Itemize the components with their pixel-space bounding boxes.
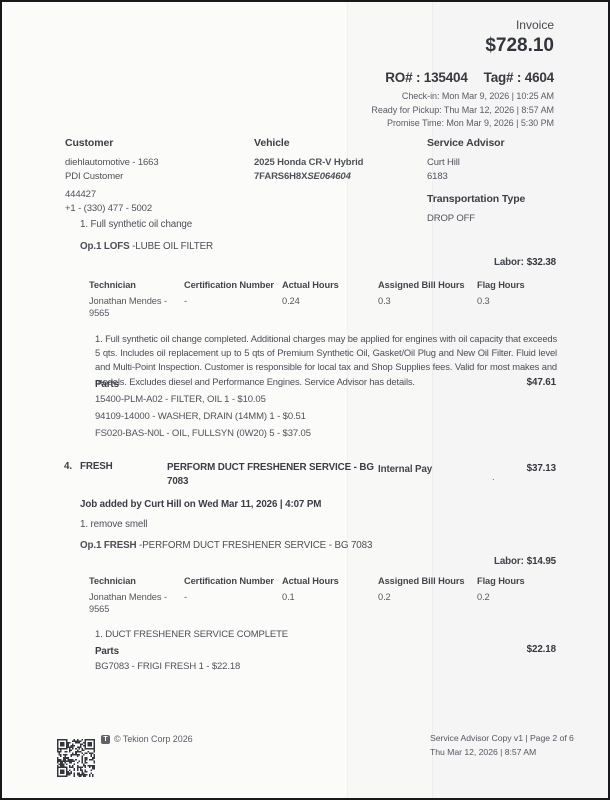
job1-opdesc: -LUBE OIL FILTER: [130, 241, 213, 252]
customer-id: 444427: [65, 188, 245, 202]
advisor-block: Service Advisor Curt Hill 6183 Transport…: [427, 137, 597, 226]
job2-number: 4.: [64, 461, 72, 472]
job1-parts-amount: $47.61: [527, 377, 556, 388]
invoice-total: $728.10: [371, 35, 554, 57]
qr-code-icon: [57, 739, 95, 777]
job1-actual-hours: 0.24: [282, 296, 378, 319]
tekion-copyright: T © Tekion Corp 2026: [101, 734, 193, 744]
job2-opdesc: -PERFORM DUCT FRESHENER SERVICE - BG 708…: [137, 540, 373, 551]
job2-opcode-line: Op.1 FRESH -PERFORM DUCT FRESHENER SERVI…: [80, 540, 372, 551]
job2-technician: Jonathan Mendes - 9565: [89, 592, 169, 615]
job1-assigned-bill-hours: 0.3: [378, 296, 477, 319]
advisor-id: 6183: [427, 170, 597, 184]
job1-cert-number: -: [184, 296, 282, 319]
vehicle-block: Vehicle 2025 Honda CR-V Hybrid 7FARS6H8X…: [254, 137, 424, 183]
print-date-line: Thu Mar 12, 2026 | 8:57 AM: [430, 746, 574, 760]
job1-technician: Jonathan Mendes - 9565: [89, 296, 169, 319]
transport-title: Transportation Type: [427, 193, 597, 205]
job1-opcode: Op.1 LOFS: [80, 241, 130, 252]
ready-for-pickup-line: Ready for Pickup: Thu Mar 12, 2026 | 8:5…: [371, 104, 554, 118]
col-header-actual-hours: Actual Hours: [282, 576, 378, 586]
job1-parts-label: Parts: [95, 379, 119, 390]
customer-name: diehlautomotive - 1663: [65, 156, 245, 170]
header-dates: Check-in: Mon Mar 9, 2026 | 10:25 AM Rea…: [371, 90, 554, 131]
invoice-label: Invoice: [371, 18, 554, 32]
footer-copy-info: Service Advisor Copy v1 | Page 2 of 6 Th…: [430, 732, 574, 759]
col-header-flag-hours: Flag Hours: [477, 576, 547, 586]
checkin-line: Check-in: Mon Mar 9, 2026 | 10:25 AM: [371, 90, 554, 104]
vin-suffix: SE064604: [307, 171, 350, 182]
col-header-assigned-bill-hours: Assigned Bill Hours: [378, 280, 477, 290]
customer-block: Customer diehlautomotive - 1663 PDI Cust…: [65, 137, 245, 215]
job2-amount: $37.13: [527, 463, 556, 474]
job2-assigned-bill-hours: 0.2: [378, 592, 477, 615]
job2-story: 1. DUCT FRESHENER SERVICE COMPLETE: [95, 629, 288, 640]
part-line: 94109-14000 - WASHER, DRAIN (14MM) 1 - $…: [95, 412, 311, 422]
job2-opcode: Op.1 FRESH: [80, 540, 137, 551]
job2-cert-number: -: [184, 592, 282, 615]
job2-flag-hours: 0.2: [477, 592, 547, 615]
job2-added-by: Job added by Curt Hill on Wed Mar 11, 20…: [80, 499, 321, 510]
job2-labor-label: Labor:: [494, 556, 524, 567]
vehicle-vin: 7FARS6H8XSE064604: [254, 170, 424, 184]
col-header-assigned-bill-hours: Assigned Bill Hours: [378, 576, 477, 586]
customer-phone: +1 - (330) 477 - 5002: [65, 202, 245, 216]
job2-actual-hours: 0.1: [282, 592, 378, 615]
job1-flag-hours: 0.3: [477, 296, 547, 319]
advisor-title: Service Advisor: [427, 137, 597, 149]
invoice-page: Invoice $728.10 RO# : 135404Tag# : 4604 …: [0, 0, 610, 800]
vin-prefix: 7FARS6H8X: [254, 171, 307, 182]
job2-tech-table: Technician Certification Number Actual H…: [89, 576, 547, 615]
job1-parts-lines: 15400-PLM-A02 - FILTER, OIL 1 - $10.05 9…: [95, 395, 311, 446]
copy-version-line: Service Advisor Copy v1 | Page 2 of 6: [430, 732, 574, 746]
col-header-technician: Technician: [89, 280, 184, 290]
promise-time-line: Promise Time: Mon Mar 9, 2026 | 5:30 PM: [371, 117, 554, 131]
part-line: FS020-BAS-N0L - OIL, FULLSYN (0W20) 5 - …: [95, 429, 311, 439]
customer-type: PDI Customer: [65, 170, 245, 184]
ro-tag-line: RO# : 135404Tag# : 4604: [371, 70, 554, 85]
col-header-cert-number: Certification Number: [184, 280, 282, 290]
job1-labor-label: Labor:: [494, 257, 524, 268]
job2-labor-amount: $14.95: [527, 556, 556, 567]
job1-labor-line: Labor:$32.38: [494, 257, 556, 268]
job2-code: FRESH: [80, 461, 113, 472]
col-header-cert-number: Certification Number: [184, 576, 282, 586]
tekion-logo-icon: T: [101, 735, 110, 744]
invoice-header: Invoice $728.10 RO# : 135404Tag# : 4604 …: [371, 18, 554, 131]
col-header-technician: Technician: [89, 576, 184, 586]
part-line: BG7083 - FRIGI FRESH 1 - $22.18: [95, 662, 240, 672]
transport-value: DROP OFF: [427, 212, 597, 226]
job2-parts-lines: BG7083 - FRIGI FRESH 1 - $22.18: [95, 662, 240, 679]
ro-number: RO# : 135404: [385, 70, 467, 85]
job2-labor-line: Labor:$14.95: [494, 556, 556, 567]
col-header-flag-hours: Flag Hours: [477, 280, 547, 290]
job2-pay-type: Internal Pay: [378, 464, 432, 475]
part-line: 15400-PLM-A02 - FILTER, OIL 1 - $10.05: [95, 395, 311, 405]
col-header-actual-hours: Actual Hours: [282, 280, 378, 290]
customer-title: Customer: [65, 137, 245, 149]
job2-concern: 1. remove smell: [80, 519, 147, 530]
copyright-text: © Tekion Corp 2026: [114, 734, 193, 744]
job2-parts-amount: $22.18: [527, 644, 556, 655]
job1-opcode-line: Op.1 LOFS -LUBE OIL FILTER: [80, 241, 213, 252]
job2-dot-mark: .: [492, 472, 495, 482]
job1-tech-table: Technician Certification Number Actual H…: [89, 280, 547, 319]
job2-title: PERFORM DUCT FRESHENER SERVICE - BG 7083: [167, 461, 387, 488]
job1-concern: 1. Full synthetic oil change: [80, 219, 192, 230]
job2-parts-label: Parts: [95, 646, 119, 657]
vehicle-title: Vehicle: [254, 137, 424, 149]
tag-number: Tag# : 4604: [484, 70, 554, 85]
vehicle-model: 2025 Honda CR-V Hybrid: [254, 156, 424, 170]
job1-labor-amount: $32.38: [527, 257, 556, 268]
job1-story: 1. Full synthetic oil change completed. …: [95, 332, 557, 389]
advisor-name: Curt Hill: [427, 156, 597, 170]
qr-code: [57, 739, 95, 777]
